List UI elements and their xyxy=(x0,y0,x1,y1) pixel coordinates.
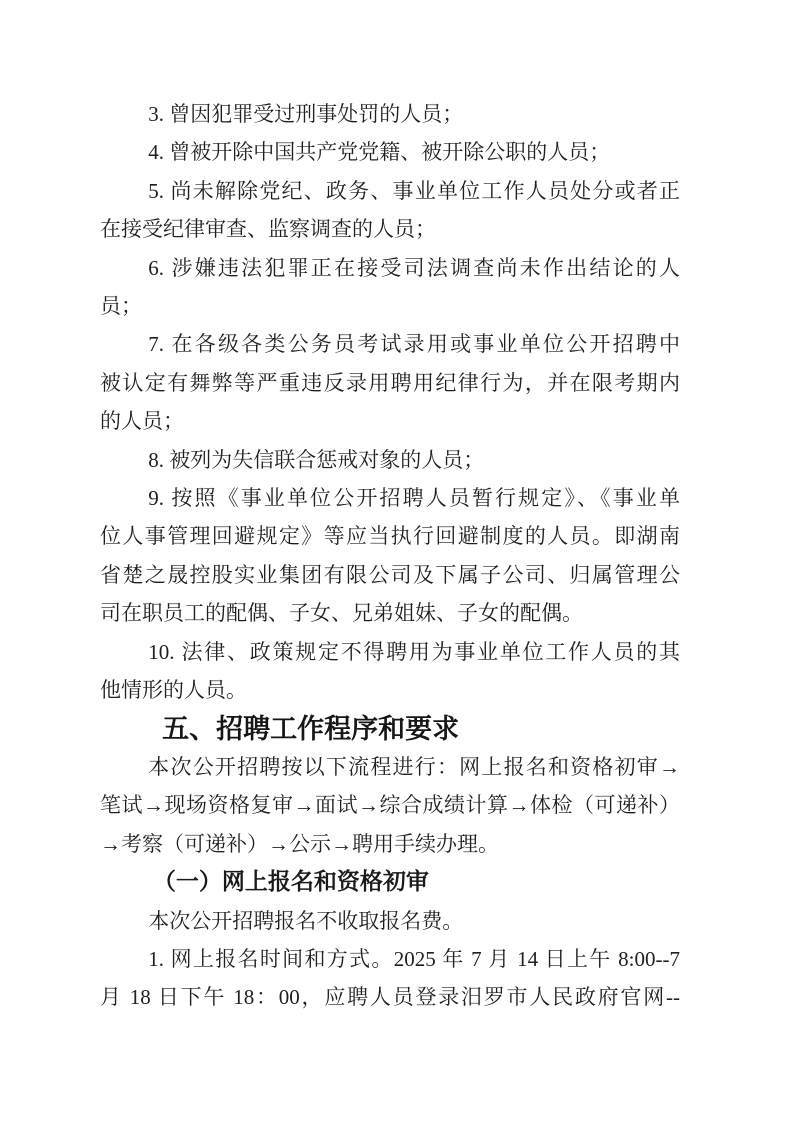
text-line: 10. 法律、政策规定不得聘用为事业单位工作人员的其 xyxy=(100,633,680,671)
text-line: 被认定有舞弊等严重违反录用聘用纪律行为，并在限考期内 xyxy=(100,364,680,402)
text-line: 8. 被列为失信联合惩戒对象的人员； xyxy=(100,441,680,479)
document-page: 3. 曾因犯罪受过刑事处罚的人员；4. 曾被开除中国共产党党籍、被开除公职的人员… xyxy=(0,0,793,1122)
text-line: 9. 按照《事业单位公开招聘人员暂行规定》、《事业单 xyxy=(100,479,680,517)
text-line: 员； xyxy=(100,287,680,325)
document-body: 3. 曾因犯罪受过刑事处罚的人员；4. 曾被开除中国共产党党籍、被开除公职的人员… xyxy=(100,95,680,1017)
text-line: 司在职员工的配偶、子女、兄弟姐妹、子女的配偶。 xyxy=(100,594,680,632)
text-line: 1. 网上报名时间和方式。2025 年 7 月 14 日上午 8:00--7 xyxy=(100,940,680,978)
text-line: →考察（可递补）→公示→聘用手续办理。 xyxy=(100,825,680,863)
text-line: 本次公开招聘按以下流程进行：网上报名和资格初审→ xyxy=(100,748,680,786)
text-line: 7. 在各级各类公务员考试录用或事业单位公开招聘中 xyxy=(100,325,680,363)
text-line: 4. 曾被开除中国共产党党籍、被开除公职的人员； xyxy=(100,133,680,171)
text-line: 5. 尚未解除党纪、政务、事业单位工作人员处分或者正 xyxy=(100,172,680,210)
text-line: 他情形的人员。 xyxy=(100,671,680,709)
subsection-heading: （一）网上报名和资格初审 xyxy=(100,863,680,901)
text-line: 省楚之晟控股实业集团有限公司及下属子公司、归属管理公 xyxy=(100,556,680,594)
section-heading: 五、招聘工作程序和要求 xyxy=(100,710,680,748)
text-line: 笔试→现场资格复审→面试→综合成绩计算→体检（可递补） xyxy=(100,786,680,824)
text-line: 的人员； xyxy=(100,402,680,440)
text-line: 6. 涉嫌违法犯罪正在接受司法调查尚未作出结论的人 xyxy=(100,249,680,287)
text-line: 3. 曾因犯罪受过刑事处罚的人员； xyxy=(100,95,680,133)
text-line: 位人事管理回避规定》等应当执行回避制度的人员。即湖南 xyxy=(100,517,680,555)
text-line: 本次公开招聘报名不收取报名费。 xyxy=(100,902,680,940)
text-line: 在接受纪律审查、监察调查的人员； xyxy=(100,210,680,248)
text-line: 月 18 日下午 18：00，应聘人员登录汨罗市人民政府官网-- xyxy=(100,978,680,1016)
